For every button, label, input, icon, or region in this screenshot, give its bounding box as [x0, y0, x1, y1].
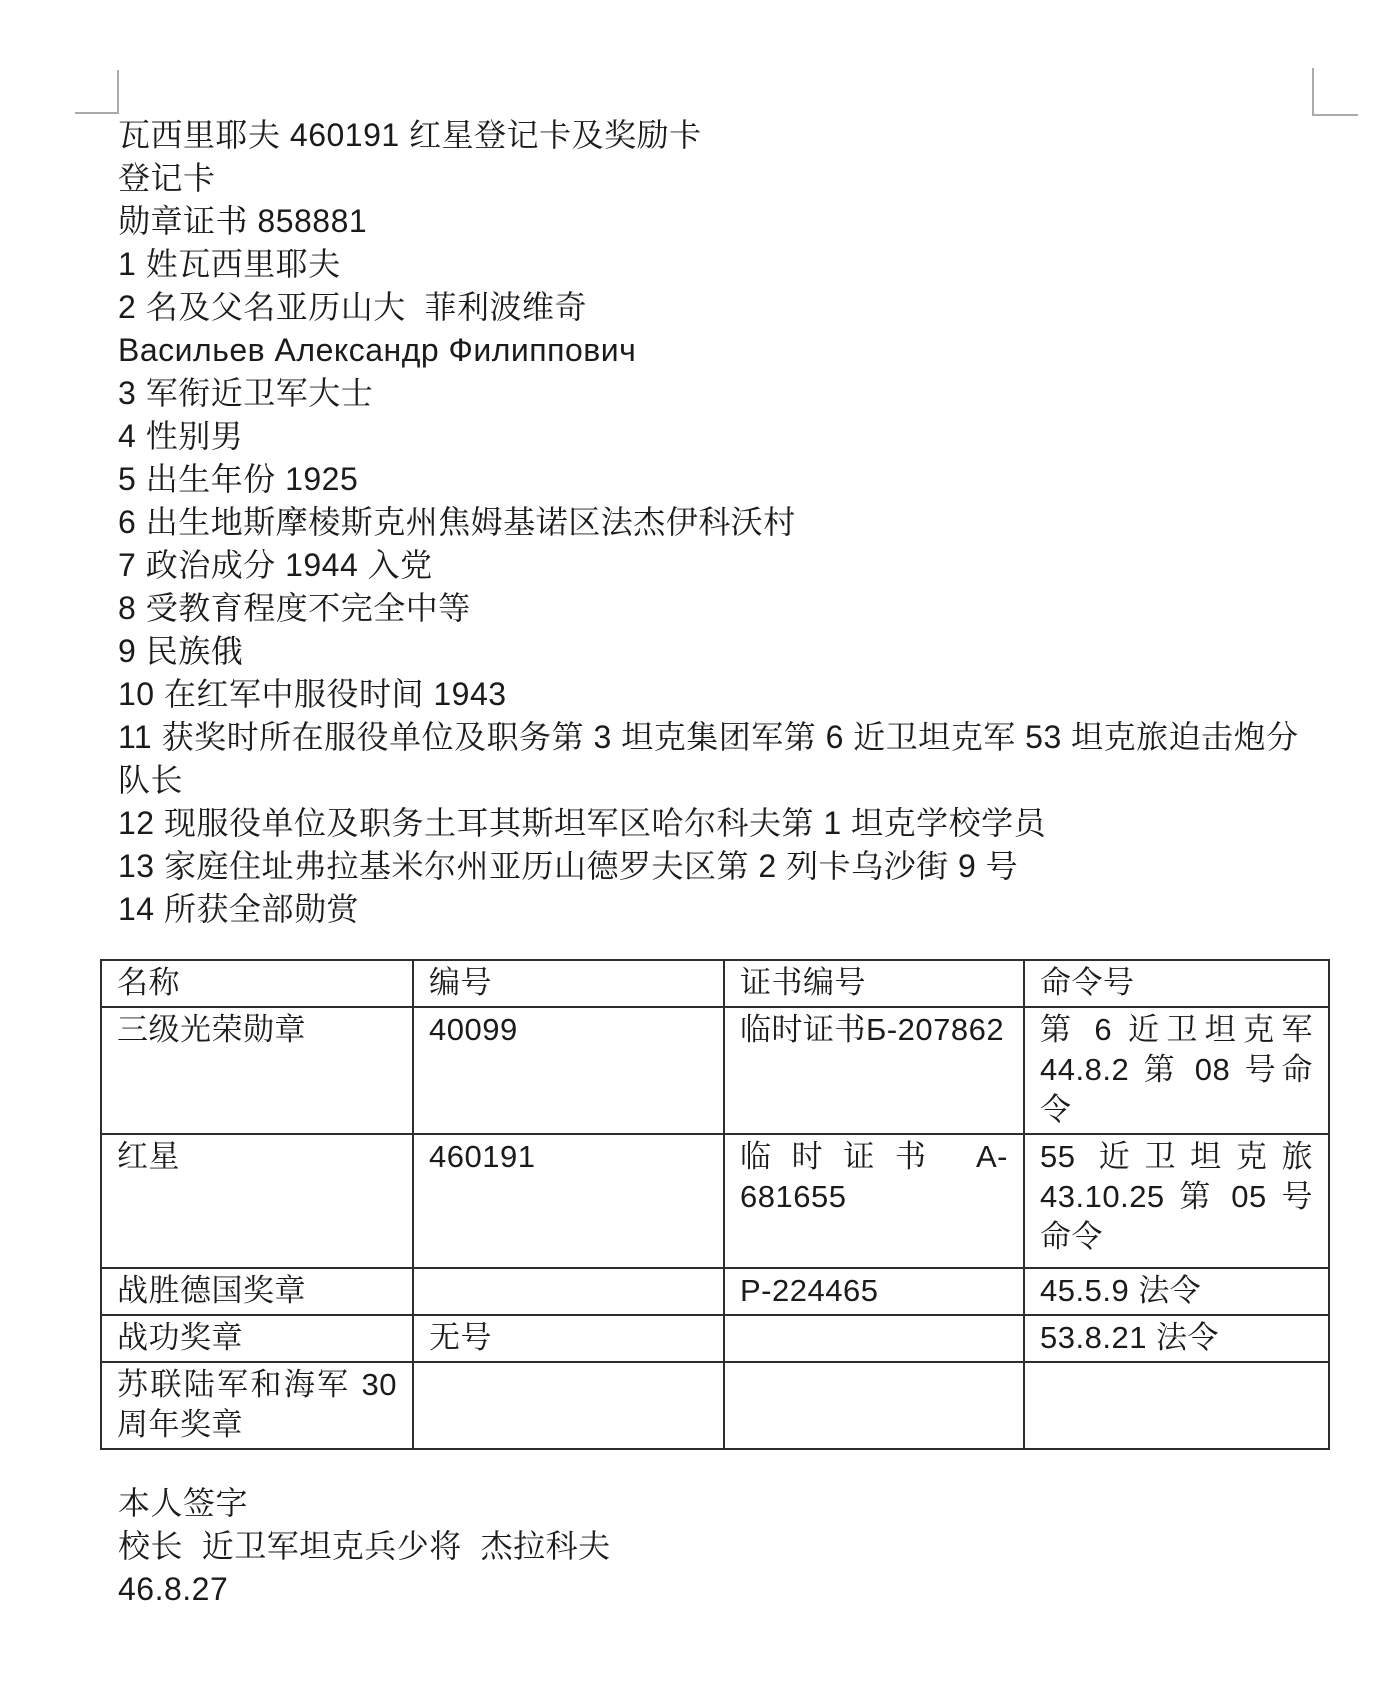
table-cell: 临时证书 A-681655 [724, 1134, 1024, 1268]
principal-line: 校长 近卫军坦克兵少将 杰拉科夫 [118, 1525, 1318, 1568]
table-cell [724, 1315, 1024, 1362]
date-line: 46.8.27 [118, 1568, 1318, 1611]
document-page: { "document": { "lines": [ "瓦西里耶夫 460191… [0, 0, 1400, 1681]
table-cell: 战功奖章 [101, 1315, 413, 1362]
table-cell: 第 6 近卫坦克军 44.8.2 第 08 号命令 [1024, 1007, 1329, 1134]
table-cell: 红星 [101, 1134, 413, 1268]
table-cell [413, 1362, 724, 1449]
document-body: 瓦西里耶夫 460191 红星登记卡及奖励卡 登记卡 勋章证书 858881 1… [118, 114, 1318, 1611]
text-line: 1 姓瓦西里耶夫 [118, 243, 1318, 286]
table-cell: 无号 [413, 1315, 724, 1362]
table-header-cell-name: 名称 [101, 960, 413, 1007]
text-line: 10 在红军中服役时间 1943 [118, 673, 1318, 716]
text-line: 8 受教育程度不完全中等 [118, 587, 1318, 630]
text-line: 14 所获全部勋赏 [118, 888, 1318, 931]
table-row: 三级光荣勋章 40099 临时证书Б-207862 第 6 近卫坦克军 44.8… [101, 1007, 1329, 1134]
table-header-cell-order-number: 命令号 [1024, 960, 1329, 1007]
title-line: 瓦西里耶夫 460191 红星登记卡及奖励卡 [118, 114, 1318, 157]
document-footer: 本人签字 校长 近卫军坦克兵少将 杰拉科夫 46.8.27 [118, 1482, 1318, 1611]
text-line: 13 家庭住址弗拉基米尔州亚历山德罗夫区第 2 列卡乌沙街 9 号 [118, 845, 1318, 888]
table-header-cell-number: 编号 [413, 960, 724, 1007]
table-cell: 临时证书Б-207862 [724, 1007, 1024, 1134]
text-line: 4 性别男 [118, 415, 1318, 458]
table-row: 战功奖章 无号 53.8.21 法令 [101, 1315, 1329, 1362]
text-line: 2 名及父名亚历山大 菲利波维奇 [118, 286, 1318, 329]
text-line: 12 现服役单位及职务土耳其斯坦军区哈尔科夫第 1 坦克学校学员 [118, 802, 1318, 845]
table-cell: 53.8.21 法令 [1024, 1315, 1329, 1362]
table-cell [1024, 1362, 1329, 1449]
text-line: 5 出生年份 1925 [118, 458, 1318, 501]
table-cell: 战胜德国奖章 [101, 1268, 413, 1315]
text-line: 11 获奖时所在服役单位及职务第 3 坦克集团军第 6 近卫坦克军 53 坦克旅… [118, 716, 1318, 802]
text-line: 9 民族俄 [118, 630, 1318, 673]
text-line: 6 出生地斯摩棱斯克州焦姆基诺区法杰伊科沃村 [118, 501, 1318, 544]
table-cell: 苏联陆军和海军 30 周年奖章 [101, 1362, 413, 1449]
table-cell [724, 1362, 1024, 1449]
text-line: 3 军衔近卫军大士 [118, 372, 1318, 415]
awards-table: 名称 编号 证书编号 命令号 三级光荣勋章 40099 临时证书Б-207862… [100, 959, 1330, 1450]
signature-line: 本人签字 [118, 1482, 1318, 1525]
table-cell: 40099 [413, 1007, 724, 1134]
text-boundary-corner-topright [1312, 68, 1358, 116]
table-cell: 三级光荣勋章 [101, 1007, 413, 1134]
text-line: 勋章证书 858881 [118, 200, 1318, 243]
table-cell: 55 近卫坦克旅 43.10.25 第 05 号命令 [1024, 1134, 1329, 1268]
table-header-cell-certificate-number: 证书编号 [724, 960, 1024, 1007]
text-line-russian-name: Васильев Александр Филиппович [118, 329, 1318, 372]
table-cell: P-224465 [724, 1268, 1024, 1315]
table-header-row: 名称 编号 证书编号 命令号 [101, 960, 1329, 1007]
text-line: 登记卡 [118, 157, 1318, 200]
text-boundary-corner-topleft [75, 70, 119, 114]
text-line: 7 政治成分 1944 入党 [118, 544, 1318, 587]
table-cell: 460191 [413, 1134, 724, 1268]
table-row: 红星 460191 临时证书 A-681655 55 近卫坦克旅 43.10.2… [101, 1134, 1329, 1268]
table-cell [413, 1268, 724, 1315]
table-cell: 45.5.9 法令 [1024, 1268, 1329, 1315]
table-row: 战胜德国奖章 P-224465 45.5.9 法令 [101, 1268, 1329, 1315]
table-row: 苏联陆军和海军 30 周年奖章 [101, 1362, 1329, 1449]
